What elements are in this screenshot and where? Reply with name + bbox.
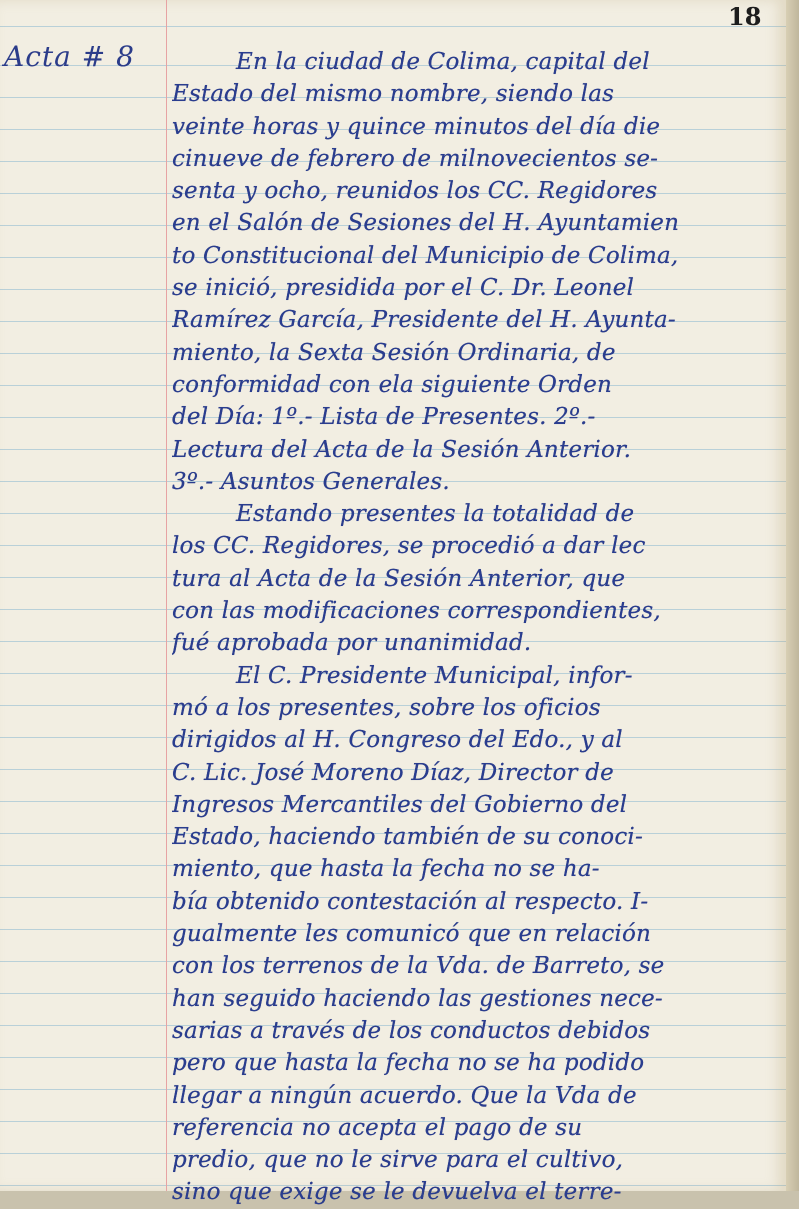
margin-rule (166, 0, 167, 1191)
text-line: Ingresos Mercantiles del Gobierno del (172, 789, 780, 821)
text-line: miento, la Sexta Sesión Ordinaria, de (172, 337, 780, 369)
text-line: senta y ocho, reunidos los CC. Regidores (172, 175, 780, 207)
text-line: los CC. Regidores, se procedió a dar lec (172, 530, 780, 562)
text-line: En la ciudad de Colima, capital del (172, 46, 780, 78)
text-line: cinueve de febrero de milnovecientos se- (172, 143, 780, 175)
text-line: predio, que no le sirve para el cultivo, (172, 1144, 780, 1176)
text-line: Lectura del Acta de la Sesión Anterior. (172, 434, 780, 466)
page-edge (786, 0, 799, 1191)
text-line: Ramírez García, Presidente del H. Ayunta… (172, 304, 780, 336)
text-line: gualmente les comunicó que en relación (172, 918, 780, 950)
handwritten-body: En la ciudad de Colima, capital del Esta… (172, 46, 780, 1191)
text-line: conformidad con ela siguiente Orden (172, 369, 780, 401)
text-line: han seguido haciendo las gestiones nece- (172, 983, 780, 1015)
text-line: llegar a ningún acuerdo. Que la Vda de (172, 1080, 780, 1112)
text-line: Estado, haciendo también de su conoci- (172, 821, 780, 853)
text-line: mó a los presentes, sobre los oficios (172, 692, 780, 724)
text-line: sarias a través de los conductos debidos (172, 1015, 780, 1047)
text-line: fué aprobada por unanimidad. (172, 627, 780, 659)
text-line: Estado del mismo nombre, siendo las (172, 78, 780, 110)
text-line: con las modificaciones correspondientes, (172, 595, 780, 627)
text-line: Estando presentes la totalidad de (172, 498, 780, 530)
text-line: en el Salón de Sesiones del H. Ayuntamie… (172, 207, 780, 239)
text-line: dirigidos al H. Congreso del Edo., y al (172, 724, 780, 756)
page-number: 18 (728, 2, 761, 31)
text-line: 3º.- Asuntos Generales. (172, 466, 780, 498)
text-line: se inició, presidida por el C. Dr. Leone… (172, 272, 780, 304)
text-line: pero que hasta la fecha no se ha podido (172, 1047, 780, 1079)
text-line: veinte horas y quince minutos del día di… (172, 111, 780, 143)
text-line: bía obtenido contestación al respecto. I… (172, 886, 780, 918)
text-line: C. Lic. José Moreno Díaz, Director de (172, 757, 780, 789)
text-line: sino que exige se le devuelva el terre- (172, 1176, 780, 1191)
acta-label: Acta # 8 (4, 40, 135, 73)
text-line: del Día: 1º.- Lista de Presentes. 2º.- (172, 401, 780, 433)
text-line: tura al Acta de la Sesión Anterior, que (172, 563, 780, 595)
text-line: referencia no acepta el pago de su (172, 1112, 780, 1144)
text-line: con los terrenos de la Vda. de Barreto, … (172, 950, 780, 982)
text-line: to Constitucional del Municipio de Colim… (172, 240, 780, 272)
ledger-page: 18 Acta # 8 En la ciudad de Colima, capi… (0, 0, 788, 1191)
text-line: miento, que hasta la fecha no se ha- (172, 853, 780, 885)
text-line: El C. Presidente Municipal, infor- (172, 660, 780, 692)
